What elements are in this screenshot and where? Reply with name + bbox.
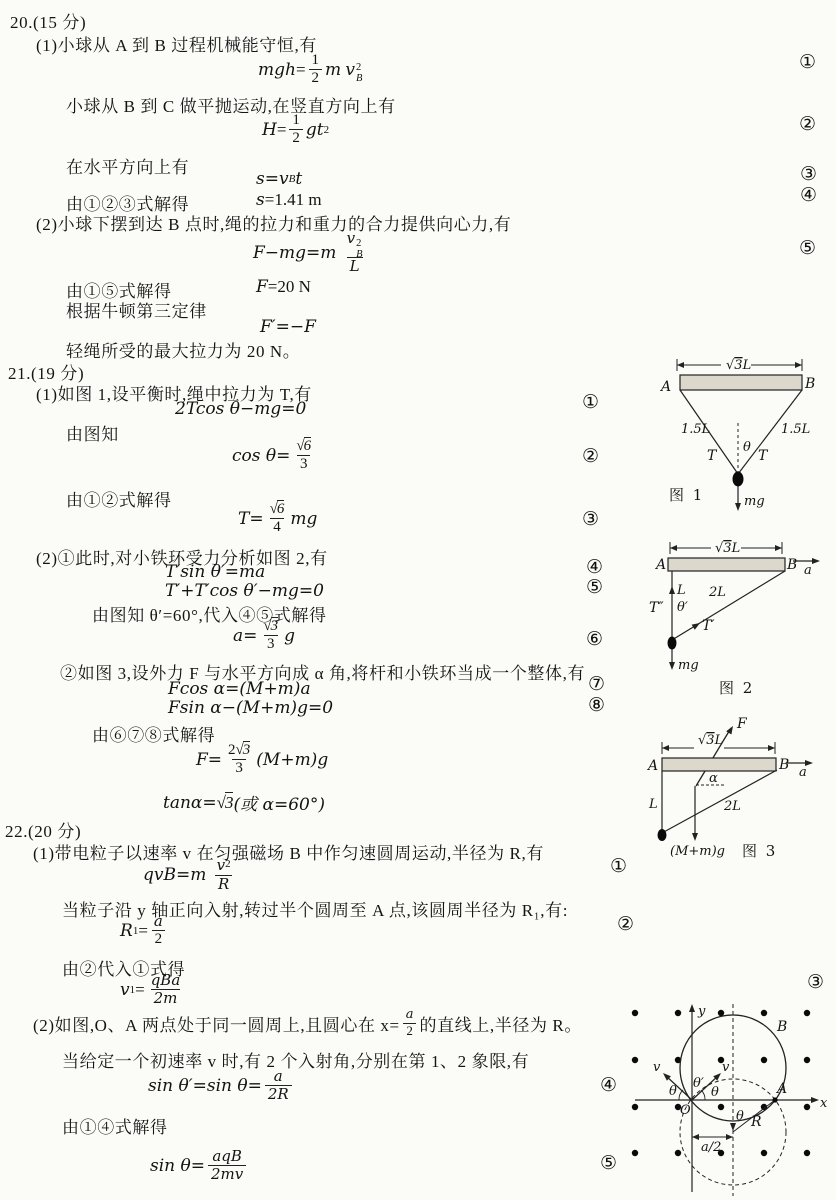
horizontal-bar bbox=[662, 758, 776, 771]
figure-1: √3L A B θ 1.5L 1.5L T T mg 图 1 bbox=[633, 350, 836, 517]
p22-eq3: v1= qBa2m bbox=[120, 972, 186, 1008]
T-double-prime-arrow bbox=[669, 586, 675, 594]
theta-left-label: θ bbox=[669, 1084, 677, 1099]
theta-label: θ bbox=[743, 440, 751, 455]
fraction: qBa2m bbox=[148, 972, 184, 1008]
point-B-label: B bbox=[786, 557, 797, 573]
p20-eq5: F−mg=m v2B L bbox=[253, 230, 369, 275]
eq-number-3: ③ bbox=[582, 508, 599, 530]
x-axis-arrow bbox=[811, 1097, 819, 1103]
fraction: √6 4 bbox=[267, 501, 288, 537]
p22-line4: (2)如图,O、A 两点处于同一圆周上,且圆心在 x= a2 的直线上,半径为 … bbox=[33, 1008, 582, 1039]
a2-label: a/2 bbox=[701, 1140, 721, 1155]
eq-number-4: ④ bbox=[800, 184, 817, 206]
fraction: √3 3 bbox=[260, 618, 281, 654]
sup-sub: 2B bbox=[356, 62, 362, 84]
horizontal-bar bbox=[680, 375, 802, 390]
length-label-sqrt3L: √3L bbox=[715, 541, 740, 556]
fraction: a2R bbox=[265, 1068, 292, 1104]
p22-eq2: R1= a2 bbox=[120, 913, 169, 949]
v-right-label: v bbox=[722, 1060, 730, 1075]
eq-number-5: ⑤ bbox=[600, 1152, 617, 1174]
p22-line1: (1)带电粒子以速率 v 在匀强磁场 B 中作匀速圆周运动,半径为 R,有 bbox=[33, 839, 544, 864]
length-label-sqrt3L: √3L bbox=[726, 358, 751, 373]
ball bbox=[733, 472, 744, 487]
y-axis-arrow bbox=[689, 1004, 695, 1012]
eq-number-2: ② bbox=[799, 113, 816, 135]
a2-arrow-left bbox=[692, 1134, 699, 1140]
acceleration-label: a bbox=[799, 765, 807, 780]
p21-eq10: tanα=√3(或 α=60°) bbox=[163, 790, 325, 815]
figure-4-drawing: y x O B θ R a/2 A v bbox=[623, 998, 836, 1200]
origin-label: O bbox=[680, 1103, 691, 1118]
p22-eq5: sin θ= aqB2mv bbox=[150, 1148, 249, 1184]
fraction: 2√3 3 bbox=[225, 742, 253, 778]
tension-left-label: T bbox=[707, 448, 718, 464]
eq-number-1: ① bbox=[799, 51, 816, 73]
p21-line6: ②如图 3,设外力 F 与水平方向成 α 角,将杆和小铁环当成一个整体,有 bbox=[60, 659, 585, 684]
p20-eq4: s=1.41 m bbox=[256, 190, 322, 210]
fraction: a2 bbox=[403, 1008, 417, 1039]
figure-3-drawing: F √3L A B a α L 2L (M+m)g bbox=[636, 713, 836, 865]
weight-label: (M+m)g bbox=[670, 844, 725, 859]
x-axis-label: x bbox=[820, 1096, 828, 1111]
fraction: a2 bbox=[151, 913, 166, 949]
length-L-label: L bbox=[676, 583, 686, 598]
eq-number-1: ① bbox=[582, 391, 599, 413]
mg-arrow bbox=[669, 662, 675, 670]
p21-eq1: 2Tcos θ−mg=0 bbox=[175, 399, 306, 419]
eq-number-2: ② bbox=[617, 913, 634, 935]
p20-line8: 轻绳所受的最大拉力为 20 N。 bbox=[66, 337, 300, 362]
p21-line3: 由①②式解得 bbox=[66, 486, 172, 511]
eq-number-2: ② bbox=[582, 445, 599, 467]
ring bbox=[668, 637, 677, 650]
eq-number-1: ① bbox=[610, 855, 627, 877]
p21-eq9: F= 2√3 3 (M+m)g bbox=[196, 742, 328, 778]
point-A-label: A bbox=[775, 1081, 787, 1097]
point-A bbox=[772, 1097, 777, 1102]
eq-number-5: ⑤ bbox=[799, 237, 816, 259]
length-2L-label: 2L bbox=[708, 585, 726, 600]
fraction: √6 3 bbox=[293, 438, 314, 474]
dim-arrow-left bbox=[670, 545, 677, 551]
theta-bottom-label: θ bbox=[736, 1109, 744, 1124]
p20-eq1: mgh= 12 m v 2B bbox=[258, 52, 362, 88]
figure-2-drawing: √3L A B a T″ L θ′ 2L T′ mg 图 2 bbox=[643, 536, 836, 698]
figure-3-caption: 图 3 bbox=[742, 842, 777, 860]
v-left-label: v bbox=[653, 1060, 661, 1075]
horizontal-bar bbox=[668, 558, 785, 571]
length-left-label: 1.5L bbox=[681, 422, 710, 437]
point-B-label: B bbox=[804, 376, 815, 392]
p21-line2: 由图知 bbox=[66, 420, 119, 445]
p21-eq7: Fcos α=(M+m)a bbox=[168, 679, 311, 699]
figure-3: F √3L A B a α L 2L (M+m)g bbox=[636, 713, 836, 870]
point-B-label: B bbox=[778, 757, 789, 773]
dim-arrow-left bbox=[662, 745, 669, 751]
point-A-label: A bbox=[659, 379, 671, 395]
eq-number-3: ③ bbox=[800, 163, 817, 185]
figure-4: y x O B θ R a/2 A v bbox=[623, 998, 836, 1200]
point-A-label: A bbox=[654, 557, 666, 573]
p20-line3: 在水平方向上有 bbox=[66, 153, 189, 178]
fraction: 12 bbox=[289, 112, 303, 148]
mg-label: mg bbox=[744, 494, 765, 509]
point-A-label: A bbox=[646, 758, 658, 774]
p20-line2: 小球从 B 到 C 做平抛运动,在竖直方向上有 bbox=[66, 92, 396, 117]
p20-number: 20.(15 分) bbox=[10, 8, 86, 33]
figure-1-caption: 图 1 bbox=[669, 486, 704, 504]
fraction: 12 bbox=[309, 52, 323, 88]
p20-eq7: F′=−F bbox=[260, 317, 316, 337]
p21-eq5: T′+T′cos θ′−mg=0 bbox=[165, 581, 324, 601]
radius-label: R bbox=[750, 1114, 762, 1130]
dim-arrow-right bbox=[775, 545, 782, 551]
figure-2-caption: 图 2 bbox=[719, 679, 754, 697]
figure-2: √3L A B a T″ L θ′ 2L T′ mg 图 2 bbox=[643, 536, 836, 703]
field-B-label: B bbox=[776, 1019, 787, 1035]
length-2L-label: 2L bbox=[723, 799, 741, 814]
fraction: v2 R bbox=[214, 857, 234, 894]
p20-eq3: s=vBt bbox=[256, 169, 302, 189]
p22-line6: 由①④式解得 bbox=[62, 1113, 168, 1138]
dim-arrow-left bbox=[677, 362, 684, 368]
eq-number-6: ⑥ bbox=[586, 628, 603, 650]
force-F-label: F bbox=[736, 716, 748, 732]
eq-number-8: ⑧ bbox=[588, 694, 605, 716]
dim-arrow-right bbox=[768, 745, 775, 751]
p21-eq8: Fsin α−(M+m)g=0 bbox=[168, 698, 333, 718]
p21-eq6: a= √3 3 g bbox=[233, 618, 295, 654]
T-prime-arrow bbox=[692, 623, 700, 630]
ring bbox=[658, 829, 667, 841]
p21-eq4: T′sin θ′=ma bbox=[165, 562, 265, 582]
inclined-string bbox=[662, 770, 777, 833]
p21-eq2: cos θ= √6 3 bbox=[232, 438, 317, 474]
length-L-label: L bbox=[648, 797, 658, 812]
p22-eq4: sin θ′=sin θ= a2R bbox=[148, 1068, 295, 1104]
T-double-prime-label: T″ bbox=[649, 600, 664, 616]
eq-number-4: ④ bbox=[600, 1074, 617, 1096]
acceleration-label: a bbox=[804, 563, 812, 578]
theta-prime-label: θ′ bbox=[677, 600, 688, 615]
weight-arrow bbox=[692, 833, 698, 841]
p22-eq1: qvB=m v2 R bbox=[143, 857, 237, 894]
tension-right-label: T bbox=[758, 448, 769, 464]
length-right-label: 1.5L bbox=[781, 422, 810, 437]
a2-arrow-right bbox=[726, 1134, 733, 1140]
T-prime-label: T′ bbox=[702, 618, 715, 634]
inclined-string bbox=[672, 571, 785, 640]
acceleration-arrow bbox=[812, 558, 820, 564]
dim-arrow-right bbox=[795, 362, 802, 368]
figure-1-drawing: √3L A B θ 1.5L 1.5L T T mg 图 1 bbox=[633, 350, 836, 512]
p20-line7: 根据牛顿第三定律 bbox=[66, 297, 207, 322]
p21-eq3: T= √6 4 mg bbox=[238, 501, 317, 537]
fraction: v2B L bbox=[344, 230, 366, 275]
eq-number-4: ④ bbox=[586, 556, 603, 578]
theta-prime-label: θ′ bbox=[693, 1076, 704, 1091]
eq-number-7: ⑦ bbox=[588, 673, 605, 695]
mg-label: mg bbox=[678, 658, 699, 673]
fraction: aqB2mv bbox=[208, 1148, 246, 1184]
theta-right-label: θ bbox=[711, 1085, 719, 1100]
p20-eq6: F=20 N bbox=[256, 277, 311, 297]
length-label-sqrt3L: √3L bbox=[698, 733, 723, 748]
p22-line5: 当给定一个初速率 v 时,有 2 个入射角,分别在第 1、2 象限,有 bbox=[62, 1047, 529, 1072]
eq-number-5: ⑤ bbox=[586, 576, 603, 598]
mg-arrow bbox=[735, 503, 741, 511]
eq-number-3: ③ bbox=[807, 971, 824, 993]
p20-eq2: H= 12 gt2 bbox=[262, 112, 329, 148]
y-axis-label: y bbox=[697, 1004, 706, 1019]
alpha-label: α bbox=[709, 771, 718, 786]
scanned-solution-page: 20.(15 分) (1)小球从 A 到 B 过程机械能守恒,有 mgh= 12… bbox=[0, 0, 836, 1200]
